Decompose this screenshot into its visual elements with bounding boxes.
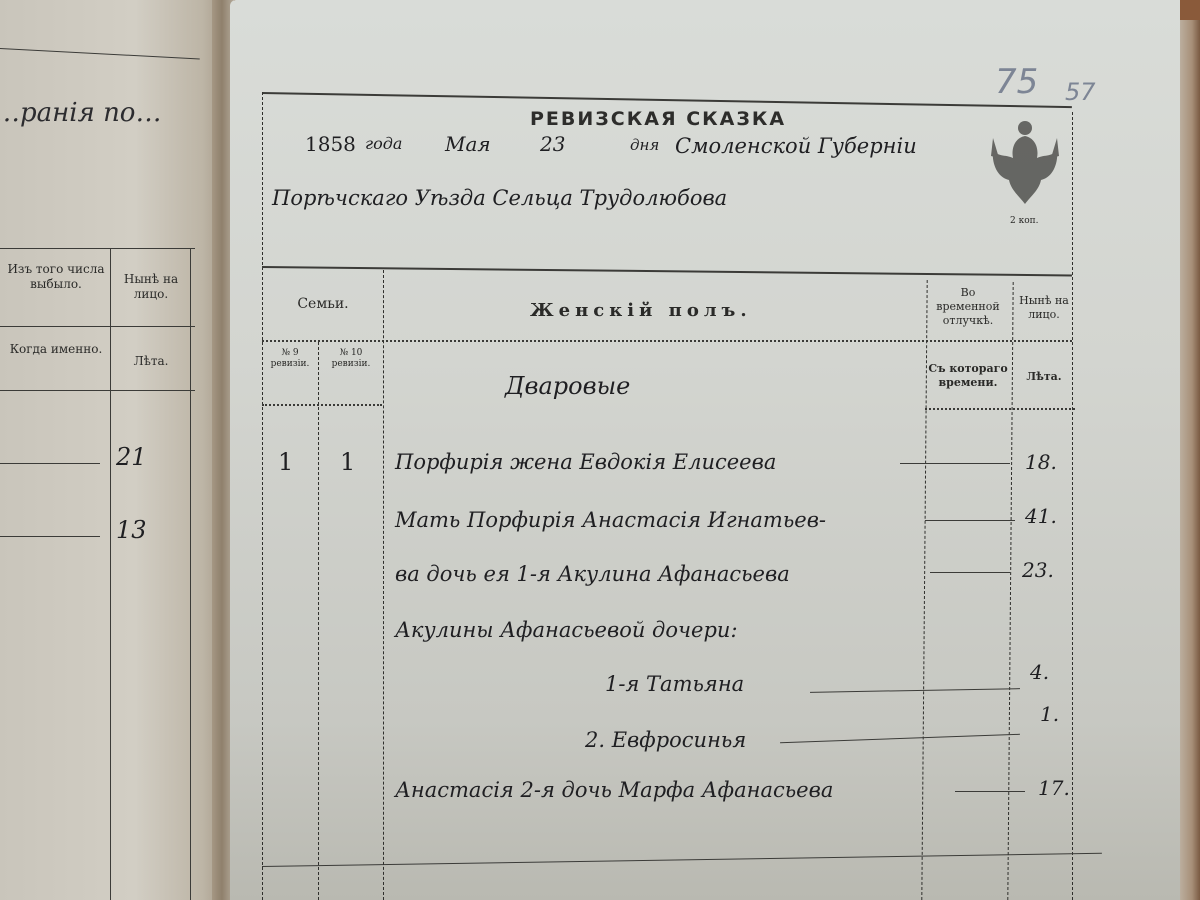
stamp-value: 2 коп. — [1010, 216, 1039, 227]
entry-age: 1. — [1040, 702, 1059, 726]
entry-age: 41. — [1025, 504, 1057, 528]
month: Мая — [445, 132, 491, 156]
entry-text: 2. Евфросинья — [585, 728, 746, 752]
imperial-eagle-stamp-icon — [985, 118, 1065, 210]
entry-text: Анастасія 2-я дочь Марфа Афанасьева — [395, 778, 833, 802]
left-page: …ранія по… Изъ того числа выбыло. Нынѣ н… — [0, 0, 225, 900]
left-header-ages: Лѣта. — [114, 354, 188, 369]
header-female-sex: Женскій полъ. — [530, 300, 752, 323]
left-age: 21 — [116, 443, 147, 471]
table-subheader-divider — [262, 404, 382, 406]
entry-dash — [925, 520, 1015, 521]
left-table-head-bottom — [0, 390, 195, 391]
district-village: Порѣчскаго Уѣзда Сельца Трудолюбова — [272, 186, 727, 210]
right-frame — [1072, 112, 1073, 900]
col-divider-families — [383, 270, 384, 900]
folio-number: 75 — [995, 62, 1038, 102]
left-header-present: Нынѣ на лицо. — [114, 272, 188, 302]
header-ages: Лѣта. — [1014, 370, 1074, 384]
left-age: 13 — [116, 516, 147, 544]
left-entry-line — [0, 463, 100, 464]
header-temp-absence: Во временной отлучкѣ. — [928, 286, 1008, 327]
left-col-divider — [110, 248, 111, 900]
family-number-rev10: 1 — [340, 448, 355, 476]
entry-text: ва дочь ея 1-я Акулина Афанасьева — [395, 562, 790, 586]
entry-text: Акулины Афанасьевой дочери: — [395, 618, 738, 642]
day-suffix: дня — [630, 136, 659, 154]
header-rev9: № 9 ревизіи. — [262, 348, 318, 371]
header-since-when: Съ котораго времени. — [926, 362, 1010, 390]
left-header-left-gone: Изъ того числа выбыло. — [6, 262, 106, 292]
left-table-top — [0, 248, 195, 249]
family-number-rev9: 1 — [278, 448, 293, 476]
folio-number-old: 57 — [1065, 78, 1096, 106]
left-frame — [262, 92, 263, 900]
entry-dash — [900, 463, 1010, 464]
header-families: Семьи. — [266, 296, 380, 314]
year-suffix: года — [365, 134, 402, 153]
entry-text: Порфирія жена Евдокія Елисеева — [395, 450, 776, 474]
left-table-mid — [0, 326, 195, 327]
document-title: РЕВИЗСКАЯ СКАЗКА — [530, 108, 786, 132]
left-handwritten-header: …ранія по… — [0, 98, 161, 128]
entry-age: 4. — [1030, 660, 1049, 684]
entry-age: 23. — [1022, 558, 1054, 582]
entry-dash — [930, 572, 1010, 573]
header-present: Нынѣ на лицо. — [1014, 294, 1074, 322]
left-header-when: Когда именно. — [6, 342, 106, 357]
entry-age: 18. — [1025, 450, 1057, 474]
entry-text: 1-я Татьяна — [605, 672, 744, 696]
header-rev10: № 10 ревизіи. — [320, 348, 382, 371]
entry-age: 17. — [1038, 776, 1070, 800]
year: 1858 — [305, 132, 356, 156]
family-surname: Дваровые — [505, 372, 630, 400]
left-entry-line — [0, 536, 100, 537]
col-divider-rev — [318, 342, 319, 900]
table-subheader-divider-right — [925, 408, 1075, 410]
entry-text: Мать Порфирія Анастасія Игнатьев- — [395, 508, 826, 532]
entry-dash — [955, 791, 1025, 792]
day: 23 — [540, 132, 565, 156]
left-col-edge — [190, 248, 191, 900]
left-rule — [0, 48, 200, 59]
province: Смоленской Губерніи — [675, 134, 917, 158]
